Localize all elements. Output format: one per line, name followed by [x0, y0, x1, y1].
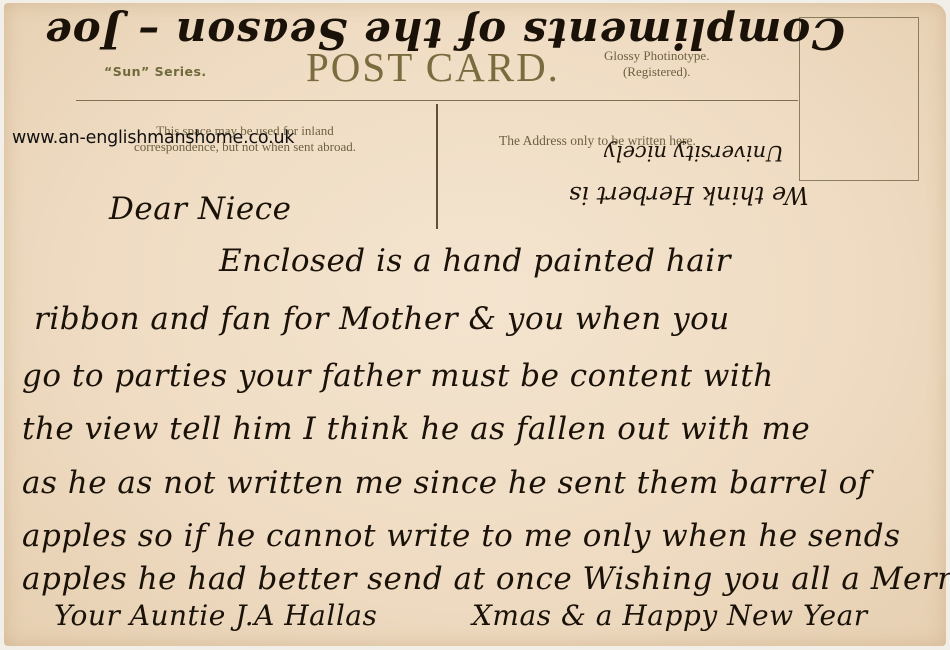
letter-line: ribbon and fan for Mother & you when you: [34, 301, 730, 337]
upside-down-address-2: We think Herbert is: [569, 181, 809, 209]
series-label: “Sun” Series.: [104, 64, 207, 79]
postcard-back: “Sun” Series. POST CARD. Glossy Photinot…: [4, 3, 946, 646]
salutation: Dear Niece: [109, 191, 291, 227]
website-watermark: www.an-englishmanshome.co.uk: [12, 128, 294, 148]
letter-line: as he as not written me since he sent th…: [22, 465, 870, 501]
letter-line: apples so if he cannot write to me only …: [22, 518, 901, 554]
signature: Your Auntie J.A Hallas: [54, 599, 377, 632]
closing-wish: Xmas & a Happy New Year: [472, 599, 868, 632]
header-divider: [76, 100, 798, 101]
letter-line: the view tell him I think he as fallen o…: [22, 411, 810, 447]
upside-down-address-1: University nicely: [604, 141, 784, 165]
letter-line: Enclosed is a hand painted hair: [219, 243, 731, 279]
letter-line: apples he had better send at once Wishin…: [22, 561, 950, 597]
upside-down-greeting: Compliments of the Season – Joe: [44, 9, 845, 58]
publisher-line-2: (Registered).: [604, 64, 709, 80]
center-divider: [436, 104, 438, 229]
letter-line: go to parties your father must be conten…: [22, 358, 774, 394]
